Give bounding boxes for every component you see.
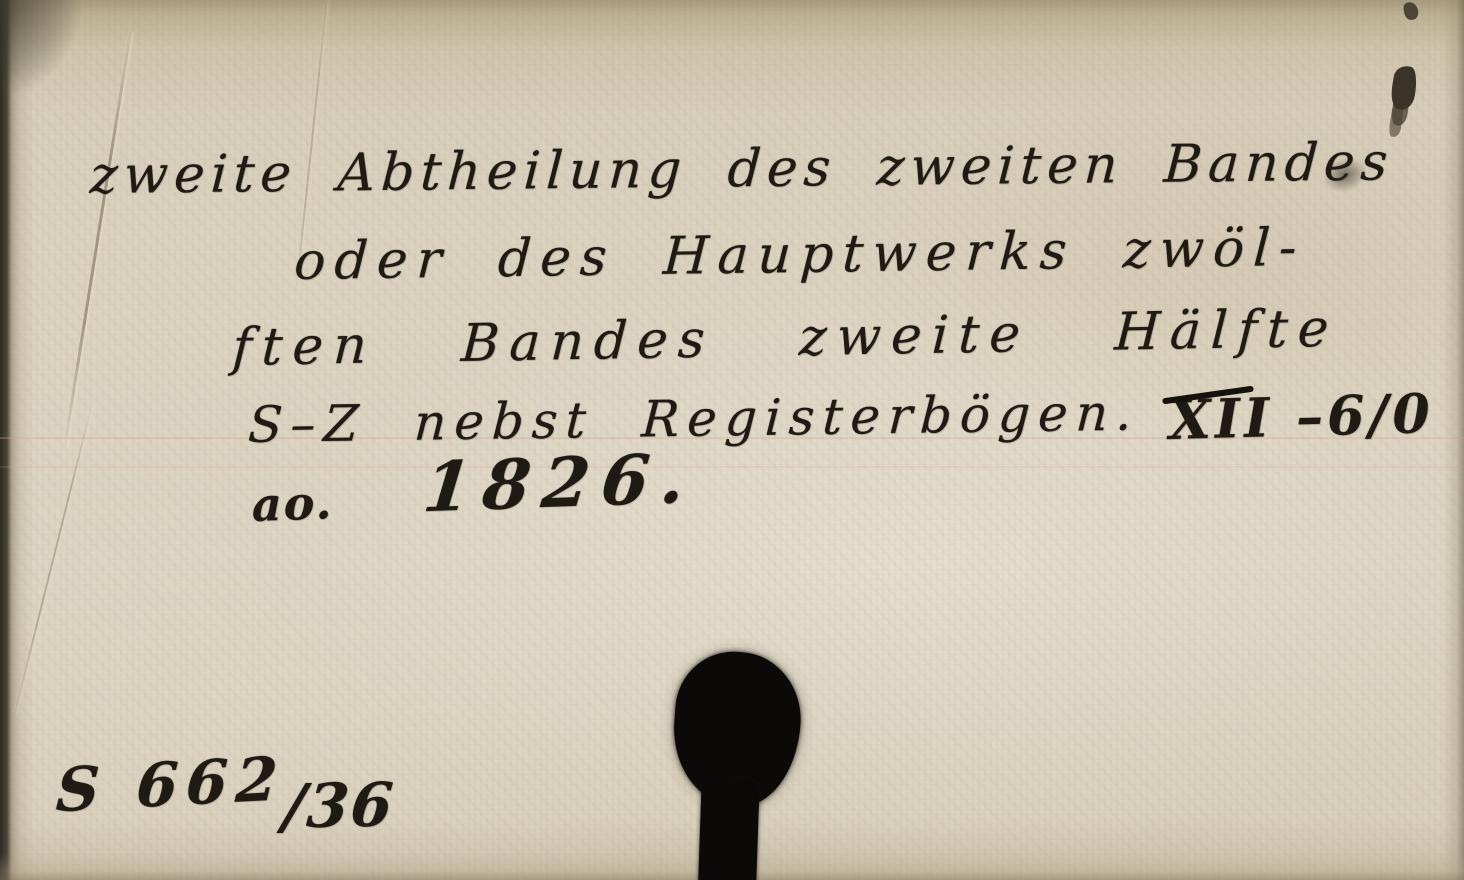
faint-ruled-line [0, 466, 1464, 468]
shelfmark-fraction: /36 [281, 770, 398, 842]
anno-abbreviation: ao. [252, 475, 334, 532]
year-1826: 1826. [420, 438, 701, 528]
scan-edge-right [1442, 0, 1464, 880]
ink-blot-stem [698, 777, 760, 880]
scanned-document: { "page": { "description_colors": { "pap… [0, 0, 1464, 880]
dark-corner-top-left [0, 0, 120, 150]
shelfmark-code: S 662 [54, 744, 287, 826]
